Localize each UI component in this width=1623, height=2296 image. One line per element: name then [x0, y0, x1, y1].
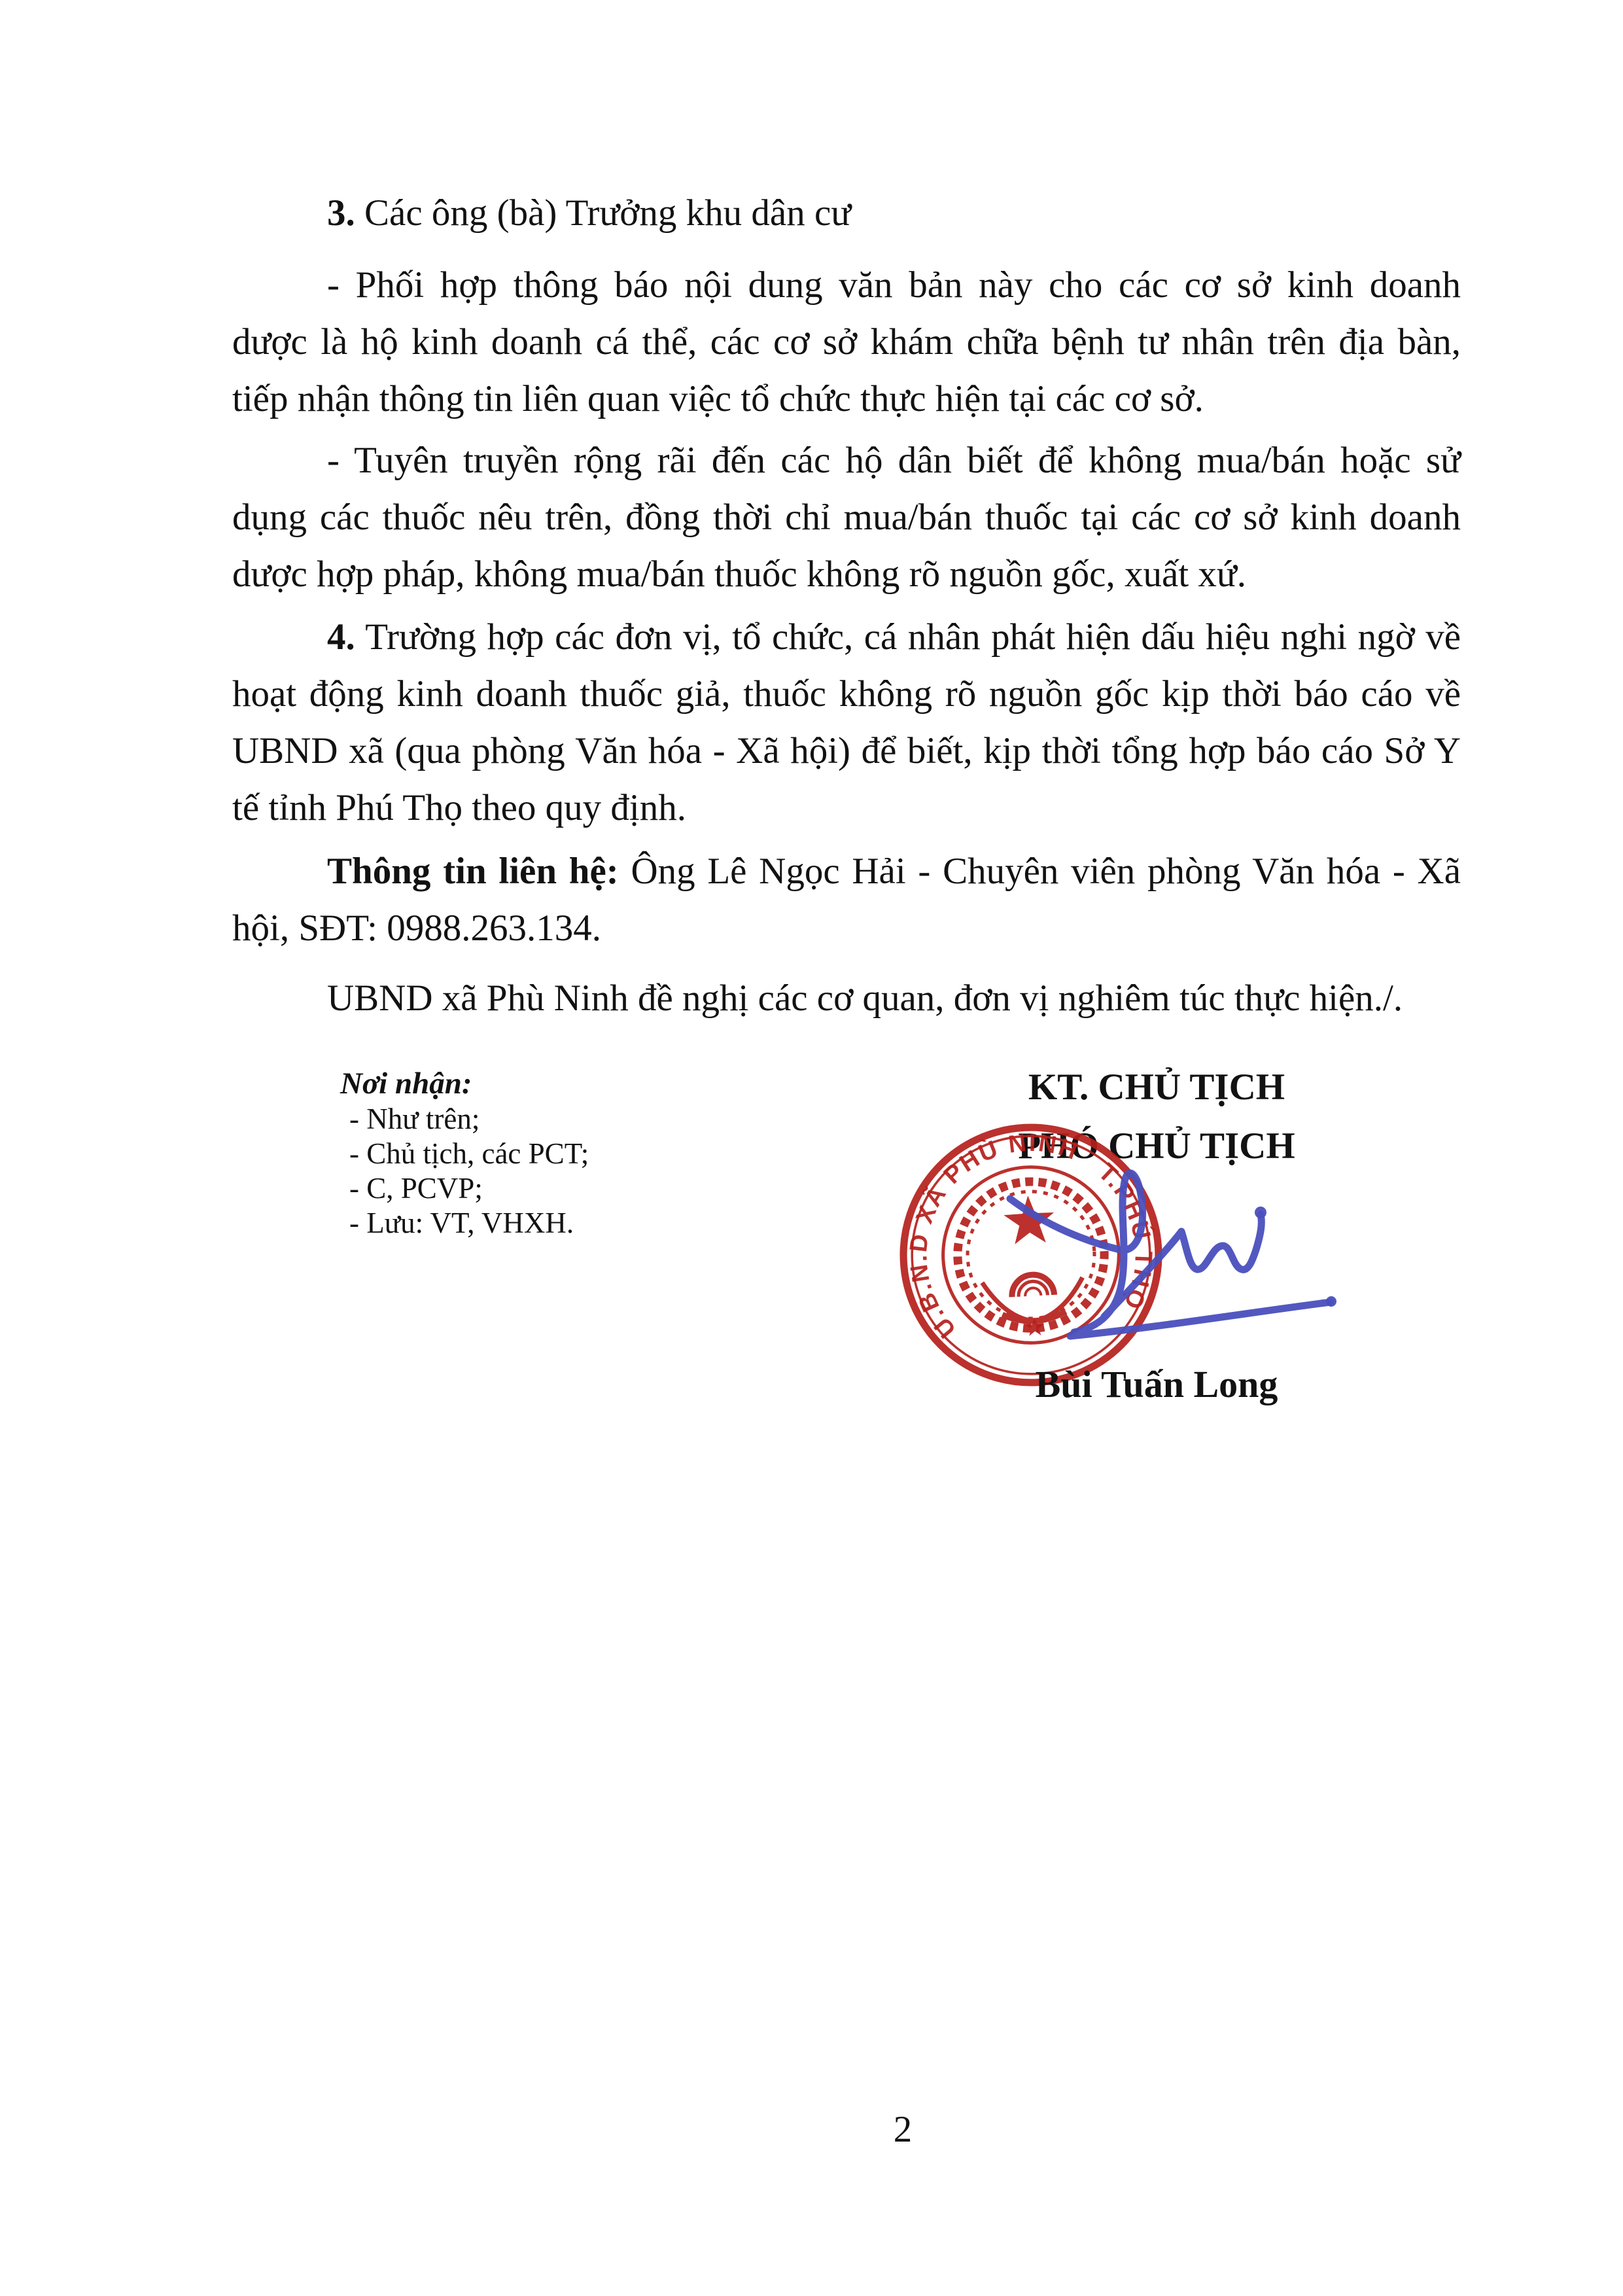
recipient-item: - C, PCVP; [340, 1171, 798, 1206]
paragraph-line: dược là hộ kinh doanh cá thể, các cơ sở … [232, 313, 1461, 370]
signature-scribble [916, 1112, 1413, 1387]
signature-ink-dot [1326, 1296, 1336, 1307]
paragraph-line: dược hợp pháp, không mua/bán thuốc không… [232, 546, 1461, 603]
signature-stroke [1104, 1214, 1261, 1316]
recipients-heading: Nơi nhận: [340, 1065, 798, 1102]
paragraph-line: UBND xã Phù Ninh đề nghị các cơ quan, đơ… [232, 970, 1461, 1027]
paragraph-line: dụng các thuốc nêu trên, đồng thời chỉ m… [232, 489, 1461, 546]
heading-text: Các ông (bà) Trưởng khu dân cư [355, 192, 851, 234]
document-page: 3. Các ông (bà) Trưởng khu dân cư - Phối… [0, 0, 1623, 2296]
paragraph-line: UBND xã (qua phòng Văn hóa - Xã hội) để … [232, 722, 1461, 779]
signature-stroke [1010, 1199, 1120, 1250]
page-number: 2 [870, 2108, 935, 2151]
signer-name: Bùi Tuấn Long [928, 1362, 1386, 1406]
heading-number: 3. [327, 192, 355, 234]
paragraph-line: hội, SĐT: 0988.263.134. [232, 900, 1461, 957]
paragraph-phoi-hop: - Phối hợp thông báo nội dung văn bản nà… [232, 256, 1461, 427]
recipient-item: - Chủ tịch, các PCT; [340, 1137, 798, 1171]
paragraph-closing: UBND xã Phù Ninh đề nghị các cơ quan, đơ… [232, 970, 1461, 1027]
recipient-item: - Lưu: VT, VHXH. [340, 1206, 798, 1241]
signature-ink-dot [1255, 1207, 1266, 1218]
contact-label: Thông tin liên hệ: [327, 851, 619, 892]
paragraph-line: Thông tin liên hệ: Ông Lê Ngọc Hải - Chu… [232, 843, 1461, 900]
paragraph-heading-3: 3. Các ông (bà) Trưởng khu dân cư [232, 185, 1461, 241]
paragraph-heading-4: 4. Trường hợp các đơn vị, tổ chức, cá nh… [232, 609, 1461, 836]
paragraph-line: - Tuyên truyền rộng rãi đến các hộ dân b… [232, 432, 1461, 489]
paragraph-line: hoạt động kinh doanh thuốc giả, thuốc kh… [232, 665, 1461, 722]
recipients-block: Nơi nhận: - Như trên; - Chủ tịch, các PC… [340, 1065, 798, 1241]
paragraph-tuyen-truyen: - Tuyên truyền rộng rãi đến các hộ dân b… [232, 432, 1461, 603]
signer-title-kt-chu-tich: KT. CHỦ TỊCH [928, 1068, 1386, 1107]
paragraph-line: tế tỉnh Phú Thọ theo quy định. [232, 779, 1461, 836]
paragraph-line: tiếp nhận thông tin liên quan việc tổ ch… [232, 370, 1461, 427]
paragraph-line: 3. Các ông (bà) Trưởng khu dân cư [232, 185, 1461, 241]
paragraph-contact-info: Thông tin liên hệ: Ông Lê Ngọc Hải - Chu… [232, 843, 1461, 957]
recipient-item: - Như trên; [340, 1102, 798, 1137]
heading-number: 4. [327, 616, 355, 658]
paragraph-text: Trường hợp các đơn vị, tổ chức, cá nhân … [355, 616, 1461, 658]
paragraph-line: - Phối hợp thông báo nội dung văn bản nà… [232, 256, 1461, 313]
paragraph-line: 4. Trường hợp các đơn vị, tổ chức, cá nh… [232, 609, 1461, 665]
paragraph-text: Ông Lê Ngọc Hải - Chuyên viên phòng Văn … [619, 851, 1461, 892]
